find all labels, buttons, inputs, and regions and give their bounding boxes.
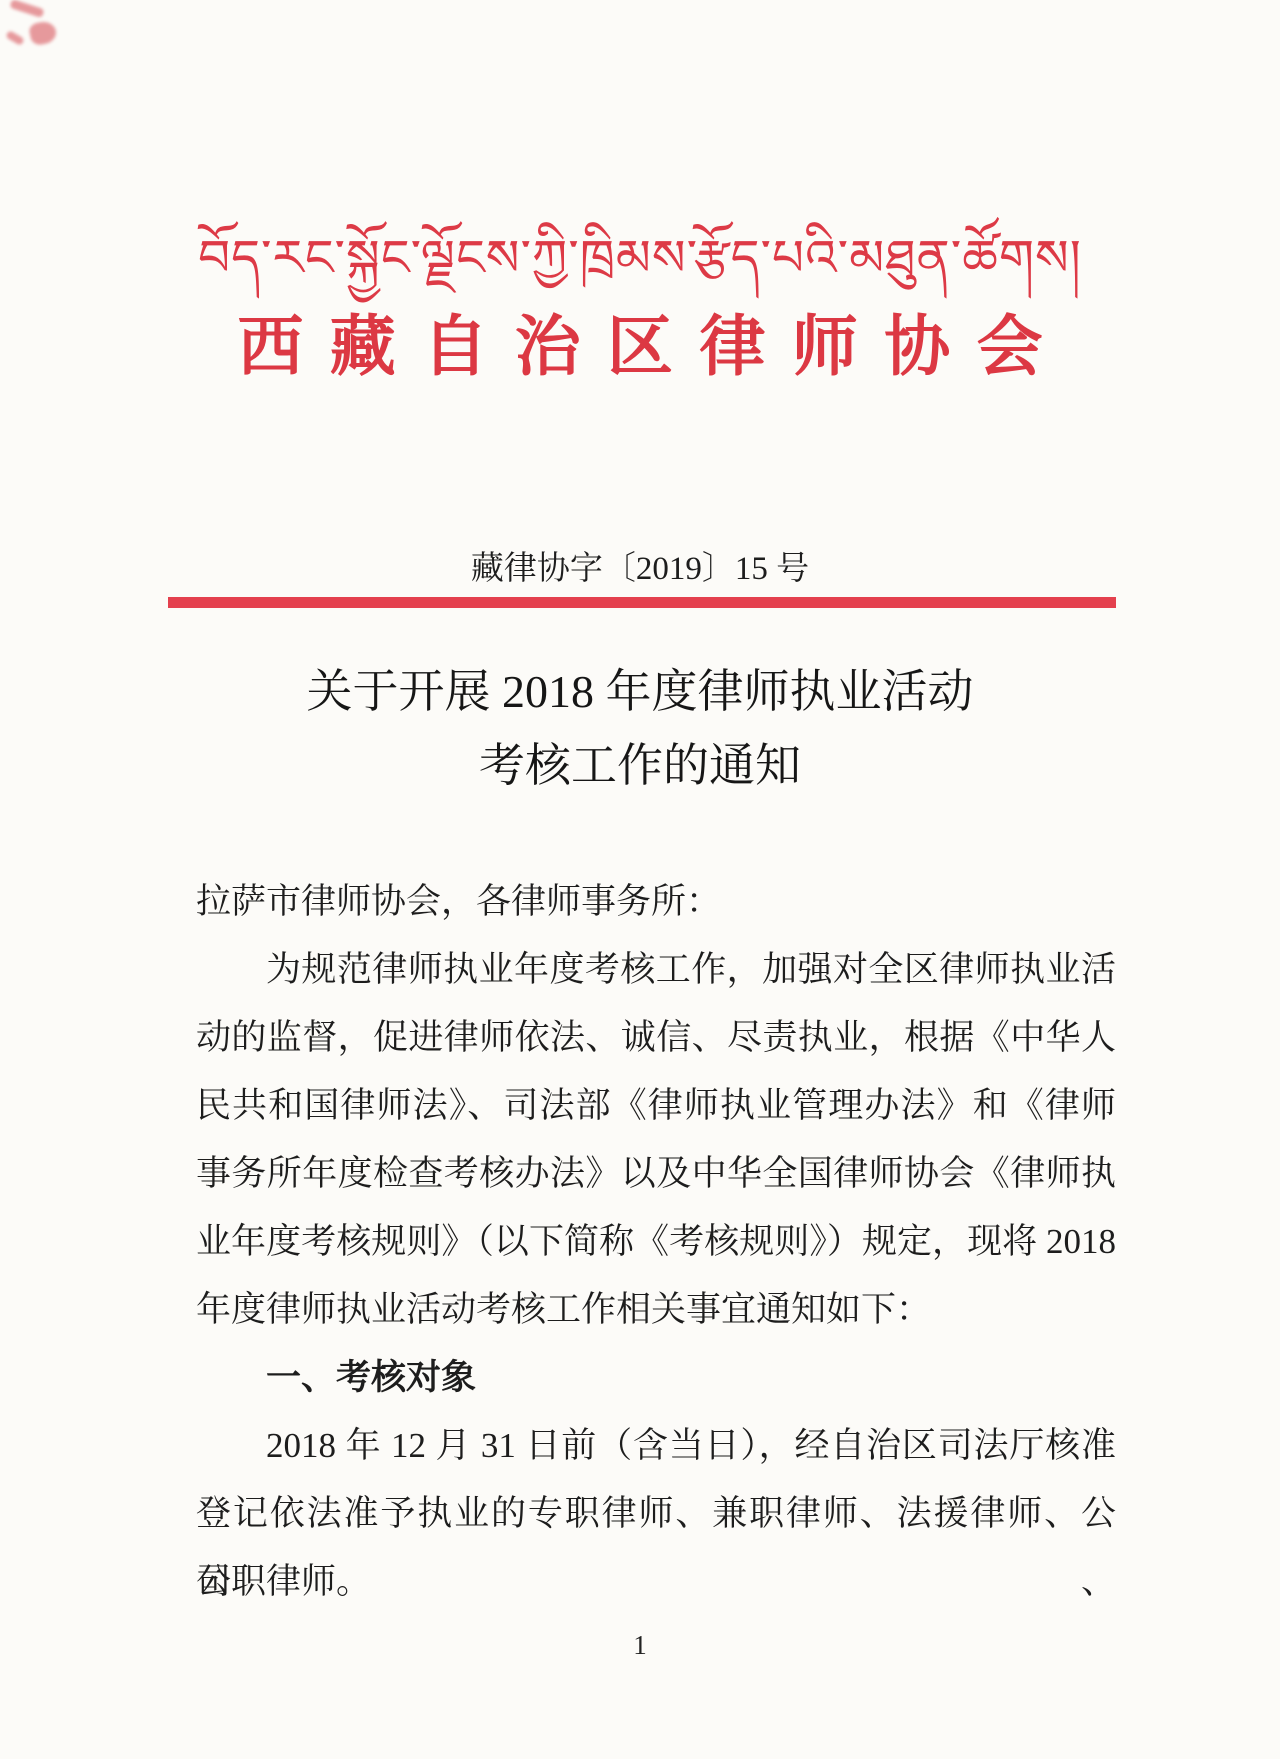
notice-title: 关于开展 2018 年度律师执业活动 考核工作的通知 bbox=[0, 655, 1280, 803]
document-page: བོད་རང་སྐྱོང་ལྗོངས་ཀྱི་ཁྲིམས་རྩོད་པའི་མཐ… bbox=[0, 0, 1280, 1759]
section1-line: 2018 年 12 月 31 日前（含当日），经自治区司法厅核准 bbox=[196, 1412, 1116, 1480]
intro-line: 事务所年度检查考核办法》以及中华全国律师协会《律师执 bbox=[196, 1140, 1116, 1208]
notice-title-line2: 考核工作的通知 bbox=[0, 729, 1280, 803]
section1-heading: 一、考核对象 bbox=[196, 1344, 1116, 1412]
intro-line: 业年度考核规则》（以下简称《考核规则》）规定，现将 2018 bbox=[196, 1208, 1116, 1276]
notice-body: 拉萨市律师协会，各律师事务所： 为规范律师执业年度考核工作，加强对全区律师执业活… bbox=[196, 868, 1116, 1616]
intro-line: 民共和国律师法》、司法部《律师执业管理办法》和《律师 bbox=[196, 1072, 1116, 1140]
document-number: 藏律协字〔2019〕15 号 bbox=[0, 546, 1280, 592]
section1-line: 登记依法准予执业的专职律师、兼职律师、法援律师、公司、 bbox=[196, 1480, 1116, 1548]
intro-line: 年度律师执业活动考核工作相关事宜通知如下： bbox=[196, 1276, 1116, 1344]
intro-line: 为规范律师执业年度考核工作，加强对全区律师执业活 bbox=[196, 936, 1116, 1004]
page-number: 1 bbox=[0, 1630, 1280, 1661]
salutation: 拉萨市律师协会，各律师事务所： bbox=[196, 868, 1116, 936]
letterhead-tibetan-title: བོད་རང་སྐྱོང་ལྗོངས་ཀྱི་ཁྲིམས་རྩོད་པའི་མཐ… bbox=[0, 208, 1280, 308]
notice-title-line1: 关于开展 2018 年度律师执业活动 bbox=[0, 655, 1280, 729]
scan-artifact bbox=[28, 20, 58, 47]
scan-artifact bbox=[9, 0, 44, 18]
letterhead-org-name: 西藏自治区律师协会 bbox=[0, 300, 1280, 395]
scan-artifact bbox=[5, 30, 25, 46]
letterhead-red-rule bbox=[168, 597, 1116, 608]
intro-line: 动的监督，促进律师依法、诚信、尽责执业，根据《中华人 bbox=[196, 1004, 1116, 1072]
